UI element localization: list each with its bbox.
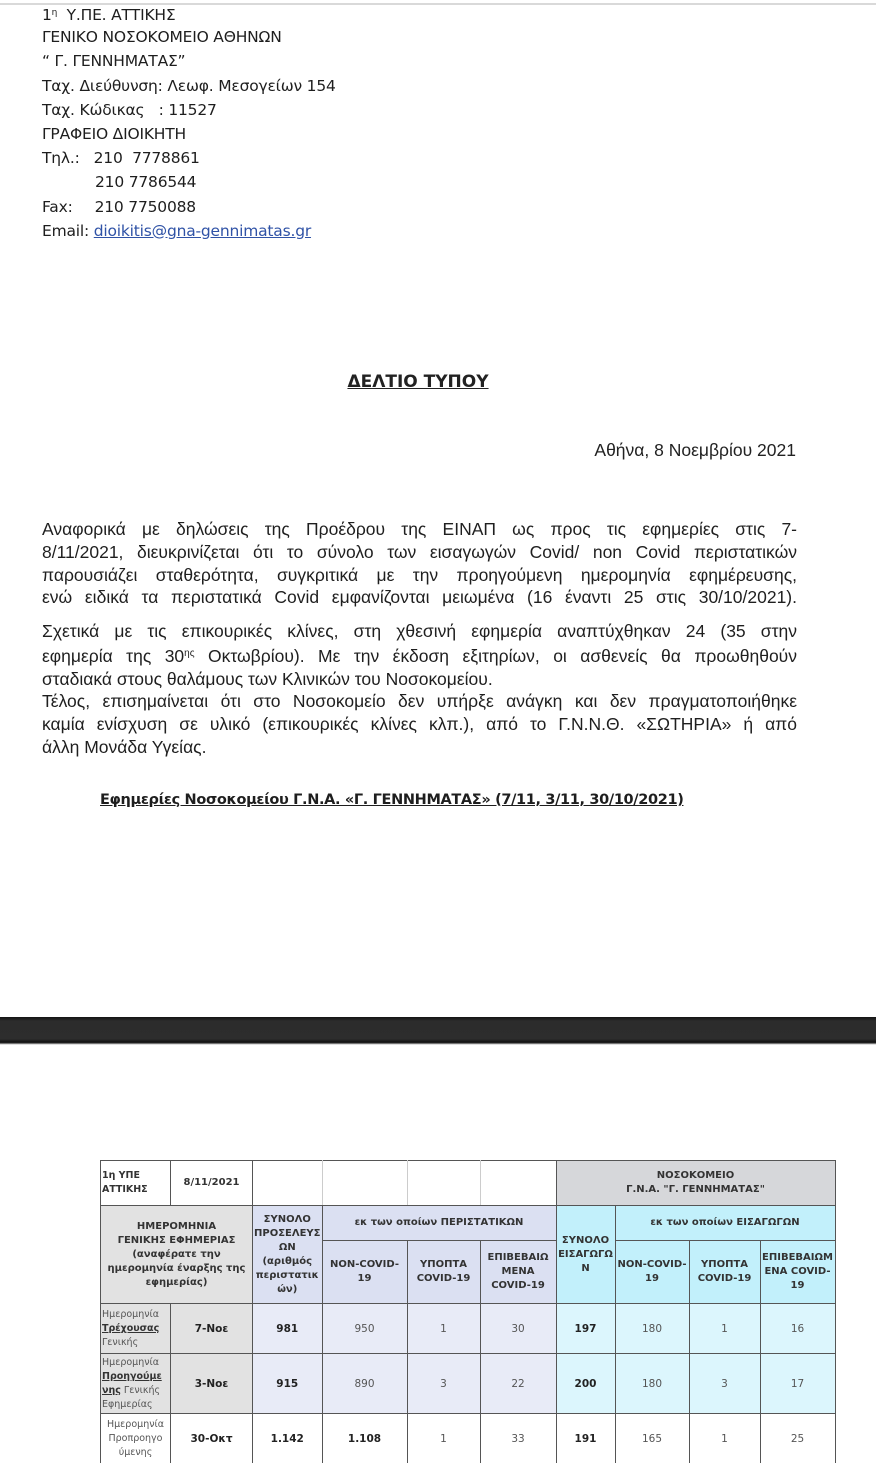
- phone-number-2: 210 7786544: [95, 173, 196, 191]
- row-label-text: Ημερομηνία: [102, 1356, 169, 1370]
- letterhead-email: Email: dioikitis@gna-gennimatas.gr: [42, 219, 336, 243]
- adm-non-covid-header: NON-COVID-19: [615, 1241, 689, 1304]
- cases-confirmed: 33: [480, 1414, 556, 1463]
- row-date: 3-Νοε: [171, 1354, 253, 1414]
- adm-confirmed: 16: [760, 1304, 835, 1354]
- paragraph-1-line: ενώ ειδικά τα περιστατικά Covid εμφανίζο…: [42, 586, 797, 609]
- cases-suspected: 1: [407, 1304, 480, 1354]
- cases-non-covid: 1.108: [322, 1414, 407, 1463]
- row-label: ΗμερομηνίαΤρέχουσαςΓενικής: [101, 1304, 171, 1354]
- table-top-row: 1η ΥΠΕ ΑΤΤΙΚΗΣ 8/11/2021 ΝΟΣΟΚΟΜΕΙΟΓ.Ν.Α…: [101, 1161, 836, 1206]
- phone-number-1: 210 7778861: [94, 149, 200, 167]
- total-visits-header: ΣΥΝΟΛΟ ΠΡΟΣΕΛΕΥΣ ΩΝ (αριθμός περιστατικ …: [253, 1206, 323, 1304]
- row-date: 30-Οκτ: [171, 1414, 253, 1463]
- row-label: ΗμερομηνίαΠροπροηγο ύμενης: [101, 1414, 171, 1463]
- paragraph-1-line: παρουσιάζει σταθερότητα, συγκριτικά με τ…: [42, 564, 797, 587]
- ordinal-superscript: ης: [184, 648, 194, 659]
- phone-label: Τηλ.:: [42, 149, 80, 167]
- paragraph-2-line: Σχετικά με τις επικουρικές κλίνες, στη χ…: [42, 620, 797, 643]
- hospital-header-line2: Γ.Ν.Α. "Γ. ΓΕΝΝΗΜΑΤΑΣ": [558, 1183, 834, 1197]
- total-admissions: 197: [556, 1304, 615, 1354]
- document-title: ΔΕΛΤΙΟ ΤΥΠΟΥ: [0, 372, 876, 392]
- total-visits: 915: [253, 1354, 323, 1414]
- admissions-group-header: εκ των οποίων ΕΙΣΑΓΩΓΩΝ: [615, 1206, 835, 1241]
- date-header-title: ΗΜΕΡΟΜΗΝΙΑ ΓΕΝΙΚΗΣ ΕΦΗΜΕΡΙΑΣ: [102, 1220, 251, 1248]
- cases-suspected-header: ΥΠΟΠΤΑ COVID-19: [407, 1241, 480, 1304]
- document-date: Αθήνα, 8 Νοεμβρίου 2021: [594, 440, 796, 461]
- paragraph-2-line: άλλη Μονάδα Υγείας.: [42, 736, 797, 759]
- table-row: ΗμερομηνίαΠροπροηγο ύμενης 30-Οκτ 1.142 …: [101, 1414, 836, 1463]
- paragraph-2-line: Τέλος, επισημαίνεται ότι στο Νοσοκομείο …: [42, 690, 797, 713]
- row-label-text: Ημερομηνία: [102, 1308, 169, 1322]
- hospital-header-line1: ΝΟΣΟΚΟΜΕΙΟ: [558, 1169, 834, 1183]
- adm-suspected: 1: [689, 1304, 760, 1354]
- total-admissions: 191: [556, 1414, 615, 1463]
- adm-non-covid: 165: [615, 1414, 689, 1463]
- table-row: ΗμερομηνίαΠροηγούμε νης Γενικής Εφημερία…: [101, 1354, 836, 1414]
- total-admissions-header: ΣΥΝΟΛΟ ΕΙΣΑΓΩΓΩ Ν: [556, 1206, 615, 1304]
- corner-date: 8/11/2021: [171, 1161, 253, 1206]
- fax-label: Fax:: [42, 198, 73, 216]
- total-admissions: 200: [556, 1354, 615, 1414]
- paragraph-2-text: Οκτωβρίου). Με την έκδοση εξιτηρίων, οι …: [195, 646, 797, 666]
- letterhead-fax: Fax:210 7750088: [42, 195, 336, 219]
- total-visits: 981: [253, 1304, 323, 1354]
- letterhead-address: Ταχ. Διεύθυνση: Λεωφ. Μεσογείων 154: [42, 74, 336, 98]
- paragraph-2-line: σταδιακά στους θαλάμους των Κλινικών του…: [42, 668, 797, 691]
- paragraph-1: Αναφορικά με δηλώσεις της Προέδρου της Ε…: [42, 518, 797, 609]
- row-label-text: Προπροηγο ύμενης: [102, 1432, 169, 1460]
- adm-suspected: 3: [689, 1354, 760, 1414]
- empty-cell: [322, 1161, 407, 1206]
- cases-confirmed: 22: [480, 1354, 556, 1414]
- letterhead-postcode: Ταχ. Κώδικας : 11527: [42, 98, 336, 122]
- cases-non-covid: 890: [322, 1354, 407, 1414]
- adm-confirmed: 25: [760, 1414, 835, 1463]
- authority-name: Υ.ΠΕ. ΑΤΤΙΚΗΣ: [57, 6, 175, 24]
- document-title-text: ΔΕΛΤΙΟ ΤΥΠΟΥ: [347, 372, 488, 392]
- adm-confirmed: 17: [760, 1354, 835, 1414]
- table-header-row-1: ΗΜΕΡΟΜΗΝΙΑ ΓΕΝΙΚΗΣ ΕΦΗΜΕΡΙΑΣ(αναφέρατε τ…: [101, 1206, 836, 1241]
- on-call-statistics-table: 1η ΥΠΕ ΑΤΤΙΚΗΣ 8/11/2021 ΝΟΣΟΚΟΜΕΙΟΓ.Ν.Α…: [100, 1160, 836, 1463]
- cases-suspected: 1: [407, 1414, 480, 1463]
- fax-number: 210 7750088: [95, 198, 196, 216]
- row-label-text: Γενικής: [102, 1336, 169, 1350]
- empty-cell: [253, 1161, 323, 1206]
- letterhead-authority: 1η Υ.ΠΕ. ΑΤΤΙΚΗΣ: [42, 1, 336, 25]
- row-label: ΗμερομηνίαΠροηγούμε νης Γενικής Εφημερία…: [101, 1354, 171, 1414]
- row-label-text: Ημερομηνία: [102, 1418, 169, 1432]
- adm-suspected-header: ΥΠΟΠΤΑ COVID-19: [689, 1241, 760, 1304]
- paragraph-1-line: 8/11/2021, διευκρινίζεται ότι το σύνολο …: [42, 541, 797, 564]
- date-column-header: ΗΜΕΡΟΜΗΝΙΑ ΓΕΝΙΚΗΣ ΕΦΗΜΕΡΙΑΣ(αναφέρατε τ…: [101, 1206, 253, 1304]
- email-label: Email:: [42, 222, 94, 240]
- paragraph-2-line: εφημερία της 30ης Οκτωβρίου). Με την έκδ…: [42, 643, 797, 668]
- corner-label: 1η ΥΠΕ ΑΤΤΙΚΗΣ: [101, 1161, 171, 1206]
- letterhead-phone2: 210 7786544: [42, 170, 336, 194]
- row-label-emphasis: Τρέχουσας: [102, 1323, 159, 1334]
- letterhead-hospital-name: “ Γ. ΓΕΝΝΗΜΑΤΑΣ”: [42, 49, 336, 73]
- adm-non-covid: 180: [615, 1354, 689, 1414]
- cases-group-header: εκ των οποίων ΠΕΡΙΣΤΑΤΙΚΩΝ: [322, 1206, 556, 1241]
- cases-non-covid-header: NON-COVID-19: [322, 1241, 407, 1304]
- paragraph-2: Σχετικά με τις επικουρικές κλίνες, στη χ…: [42, 620, 797, 759]
- paragraph-2-text: εφημερία της 30: [42, 646, 184, 666]
- letterhead-hospital: ΓΕΝΙΚΟ ΝΟΣΟΚΟΜΕΙΟ ΑΘΗΝΩΝ: [42, 25, 336, 49]
- paragraph-2-line: καμία ενίσχυση σε υλικό (επικουρικές κλί…: [42, 713, 797, 736]
- cases-non-covid: 950: [322, 1304, 407, 1354]
- empty-cell: [407, 1161, 480, 1206]
- date-header-note: (αναφέρατε την ημερομηνία έναρξης της εφ…: [102, 1248, 251, 1290]
- cases-confirmed-header: ΕΠΙΒΕΒΑΙΩ ΜΕΝΑ COVID-19: [480, 1241, 556, 1304]
- cases-confirmed: 30: [480, 1304, 556, 1354]
- letterhead: 1η Υ.ΠΕ. ΑΤΤΙΚΗΣ ΓΕΝΙΚΟ ΝΟΣΟΚΟΜΕΙΟ ΑΘΗΝΩ…: [42, 1, 336, 243]
- adm-confirmed-header: ΕΠΙΒΕΒΑΙΩΜ ΕΝΑ COVID-19: [760, 1241, 835, 1304]
- adm-non-covid: 180: [615, 1304, 689, 1354]
- page-separator-bar: [0, 1017, 876, 1045]
- table-caption: Εφημερίες Νοσοκομείου Γ.Ν.Α. «Γ. ΓΕΝΝΗΜΑ…: [100, 792, 683, 808]
- email-link[interactable]: dioikitis@gna-gennimatas.gr: [94, 222, 311, 240]
- hospital-header: ΝΟΣΟΚΟΜΕΙΟΓ.Ν.Α. "Γ. ΓΕΝΝΗΜΑΤΑΣ": [556, 1161, 835, 1206]
- letterhead-phone1: Τηλ.:210 7778861: [42, 146, 336, 170]
- paragraph-1-line: Αναφορικά με δηλώσεις της Προέδρου της Ε…: [42, 518, 797, 541]
- authority-number: 1: [42, 6, 52, 24]
- letterhead-office: ΓΡΑΦΕΙΟ ΔΙΟΙΚΗΤΗ: [42, 122, 336, 146]
- total-visits: 1.142: [253, 1414, 323, 1463]
- table-row: ΗμερομηνίαΤρέχουσαςΓενικής 7-Νοε 981 950…: [101, 1304, 836, 1354]
- cases-suspected: 3: [407, 1354, 480, 1414]
- empty-cell: [480, 1161, 556, 1206]
- adm-suspected: 1: [689, 1414, 760, 1463]
- row-date: 7-Νοε: [171, 1304, 253, 1354]
